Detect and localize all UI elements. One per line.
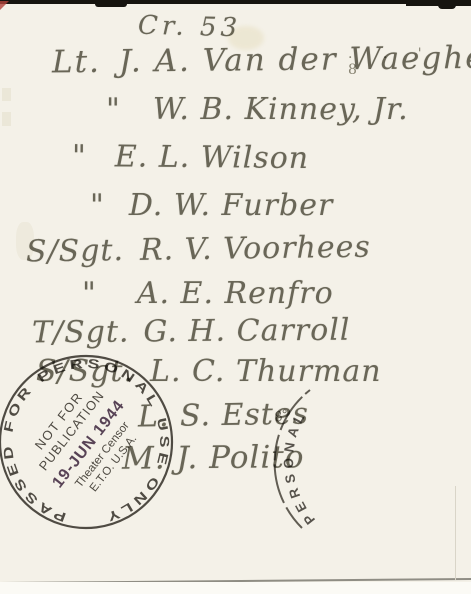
pencil-corner-marks: . . ' 8: [348, 46, 471, 78]
crew-name-line: L. S. Estes: [138, 397, 310, 435]
crew-name-line: S/Sgt.L. C. Thurman: [36, 354, 382, 389]
person-name: W. B. Kinney, Jr.: [153, 92, 409, 127]
person-name: A. E. Renfro: [137, 276, 334, 311]
crew-number-caption: Cr. 53: [138, 11, 242, 44]
person-name: L. C. Thurman: [150, 354, 382, 389]
ditto-mark: ": [106, 92, 121, 127]
crew-name-line: M. J. Polito: [122, 439, 305, 477]
crew-name-line: "D. W. Furber: [90, 188, 333, 223]
scan-corner-tick: [0, 1, 9, 10]
crew-name-line: "E. L. Wilson: [72, 139, 309, 176]
crew-name-line: S/Sgt.R. V. Voorhees: [26, 230, 371, 270]
rank-label: S/Sgt.: [36, 354, 134, 389]
photo-right-edge: [455, 486, 456, 580]
scan-edge-blob: [438, 0, 456, 9]
person-name: R. V. Voorhees: [140, 230, 371, 268]
ditto-mark: ": [82, 276, 97, 311]
ditto-mark: ": [90, 188, 105, 223]
person-name: G. H. Carroll: [143, 313, 350, 350]
rank-label: S/Sgt.: [26, 233, 124, 269]
scan-margin-bottom: [0, 582, 471, 594]
crew-name-line: T/Sgt.G. H. Carroll: [32, 313, 351, 351]
rank-label: Lt.: [52, 44, 101, 81]
ditto-mark: ": [72, 139, 87, 174]
person-name: E. L. Wilson: [115, 139, 310, 176]
scan-edge-artifact: [2, 112, 11, 126]
person-name: L. S. Estes: [138, 397, 310, 435]
scan-edge-blob: [95, 0, 127, 7]
crew-name-line: "A. E. Renfro: [82, 276, 334, 311]
person-name: D. W. Furber: [129, 188, 334, 223]
rank-label: T/Sgt.: [32, 315, 130, 351]
crew-name-line: "W. B. Kinney, Jr.: [106, 92, 409, 127]
photo-back-scan: Cr. 53 Lt.J. A. Van der Waeghen "W. B. K…: [0, 0, 471, 594]
scan-edge-artifact: [2, 88, 11, 101]
scan-edge-top: [0, 0, 471, 4]
person-name: M. J. Polito: [122, 439, 305, 477]
